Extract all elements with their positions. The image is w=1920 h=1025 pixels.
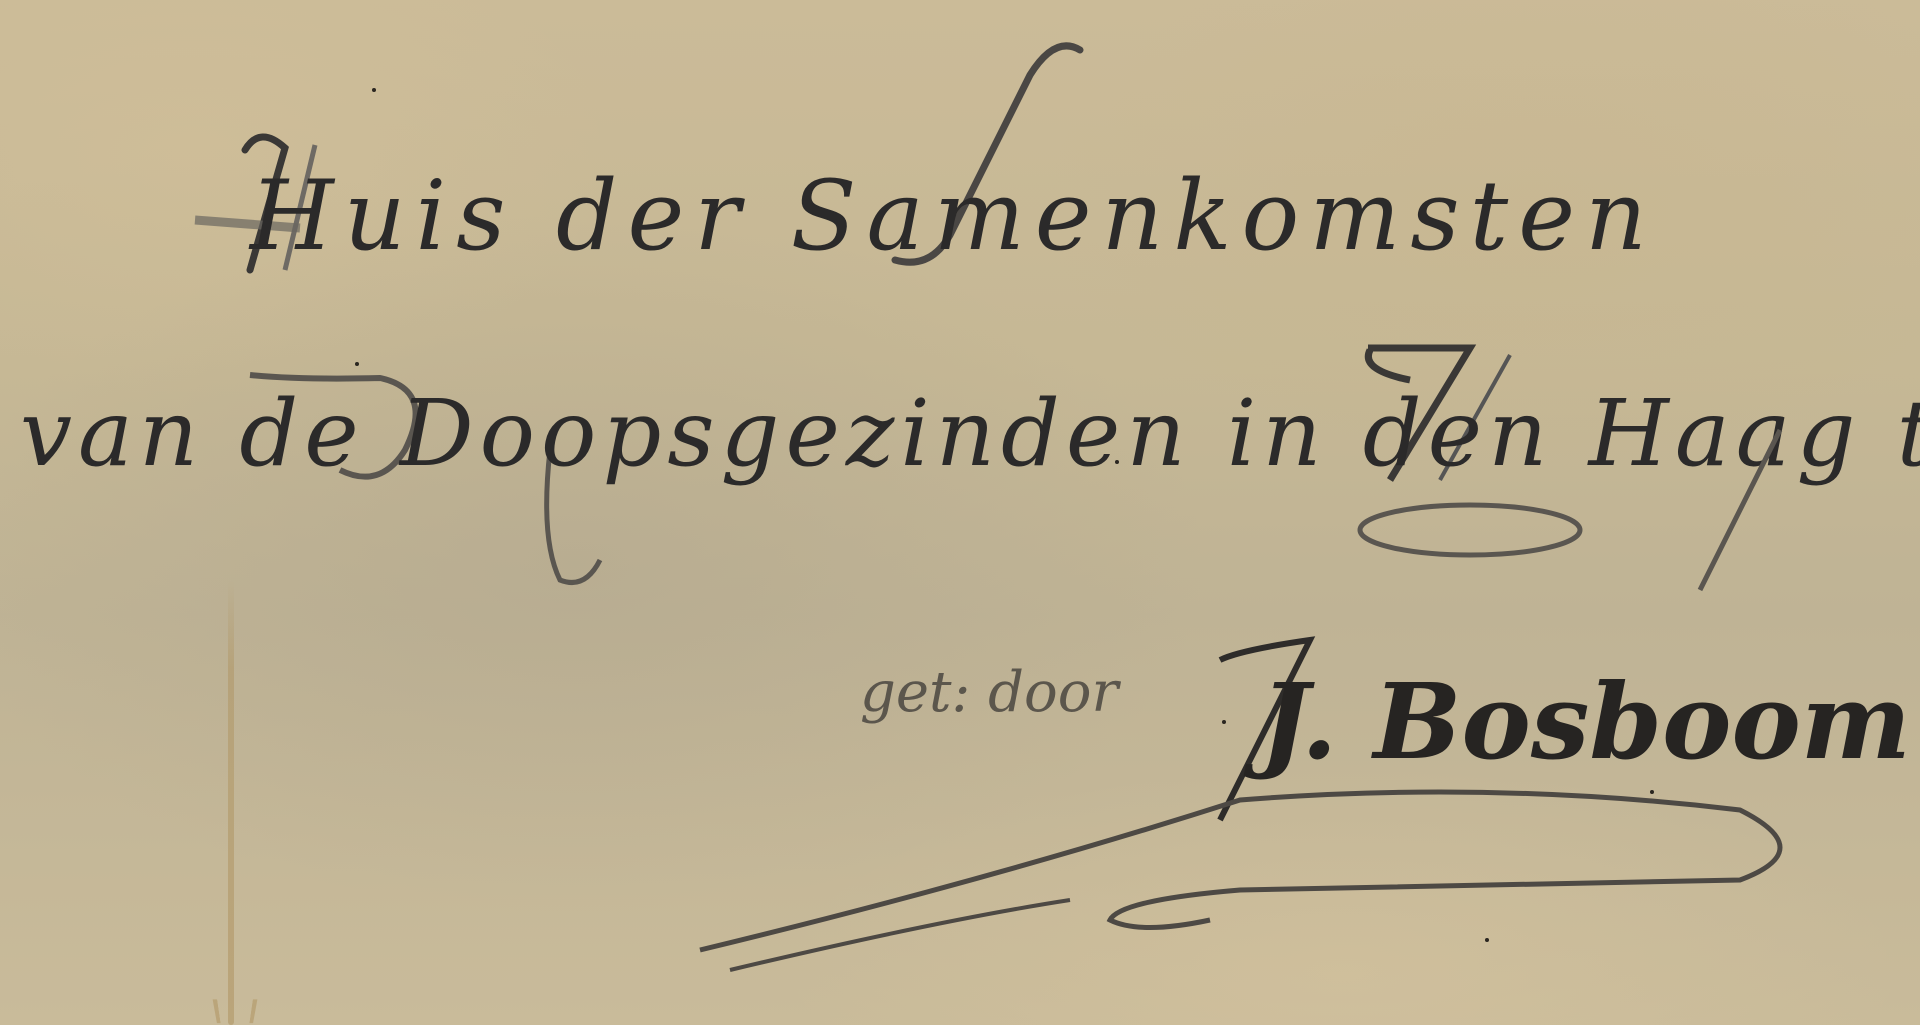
- ink-speck: [372, 88, 376, 92]
- water-stain-fork: [213, 999, 258, 1023]
- credit-prefix: get: door: [860, 660, 1118, 725]
- artist-signature: J. Bosboom: [1260, 660, 1911, 783]
- aged-paper-sheet: Huis der Samenkomsten van de Doopsgezind…: [0, 0, 1920, 1025]
- inscription-line-2: van de Doopsgezinden in den Haag tot 175…: [20, 380, 1920, 487]
- digit-seven-stroke: [1690, 420, 1810, 600]
- signature-flourish: [690, 770, 1840, 1000]
- inscription-line-1: Huis der Samenkomsten: [250, 160, 1657, 272]
- water-stain: [228, 580, 234, 1025]
